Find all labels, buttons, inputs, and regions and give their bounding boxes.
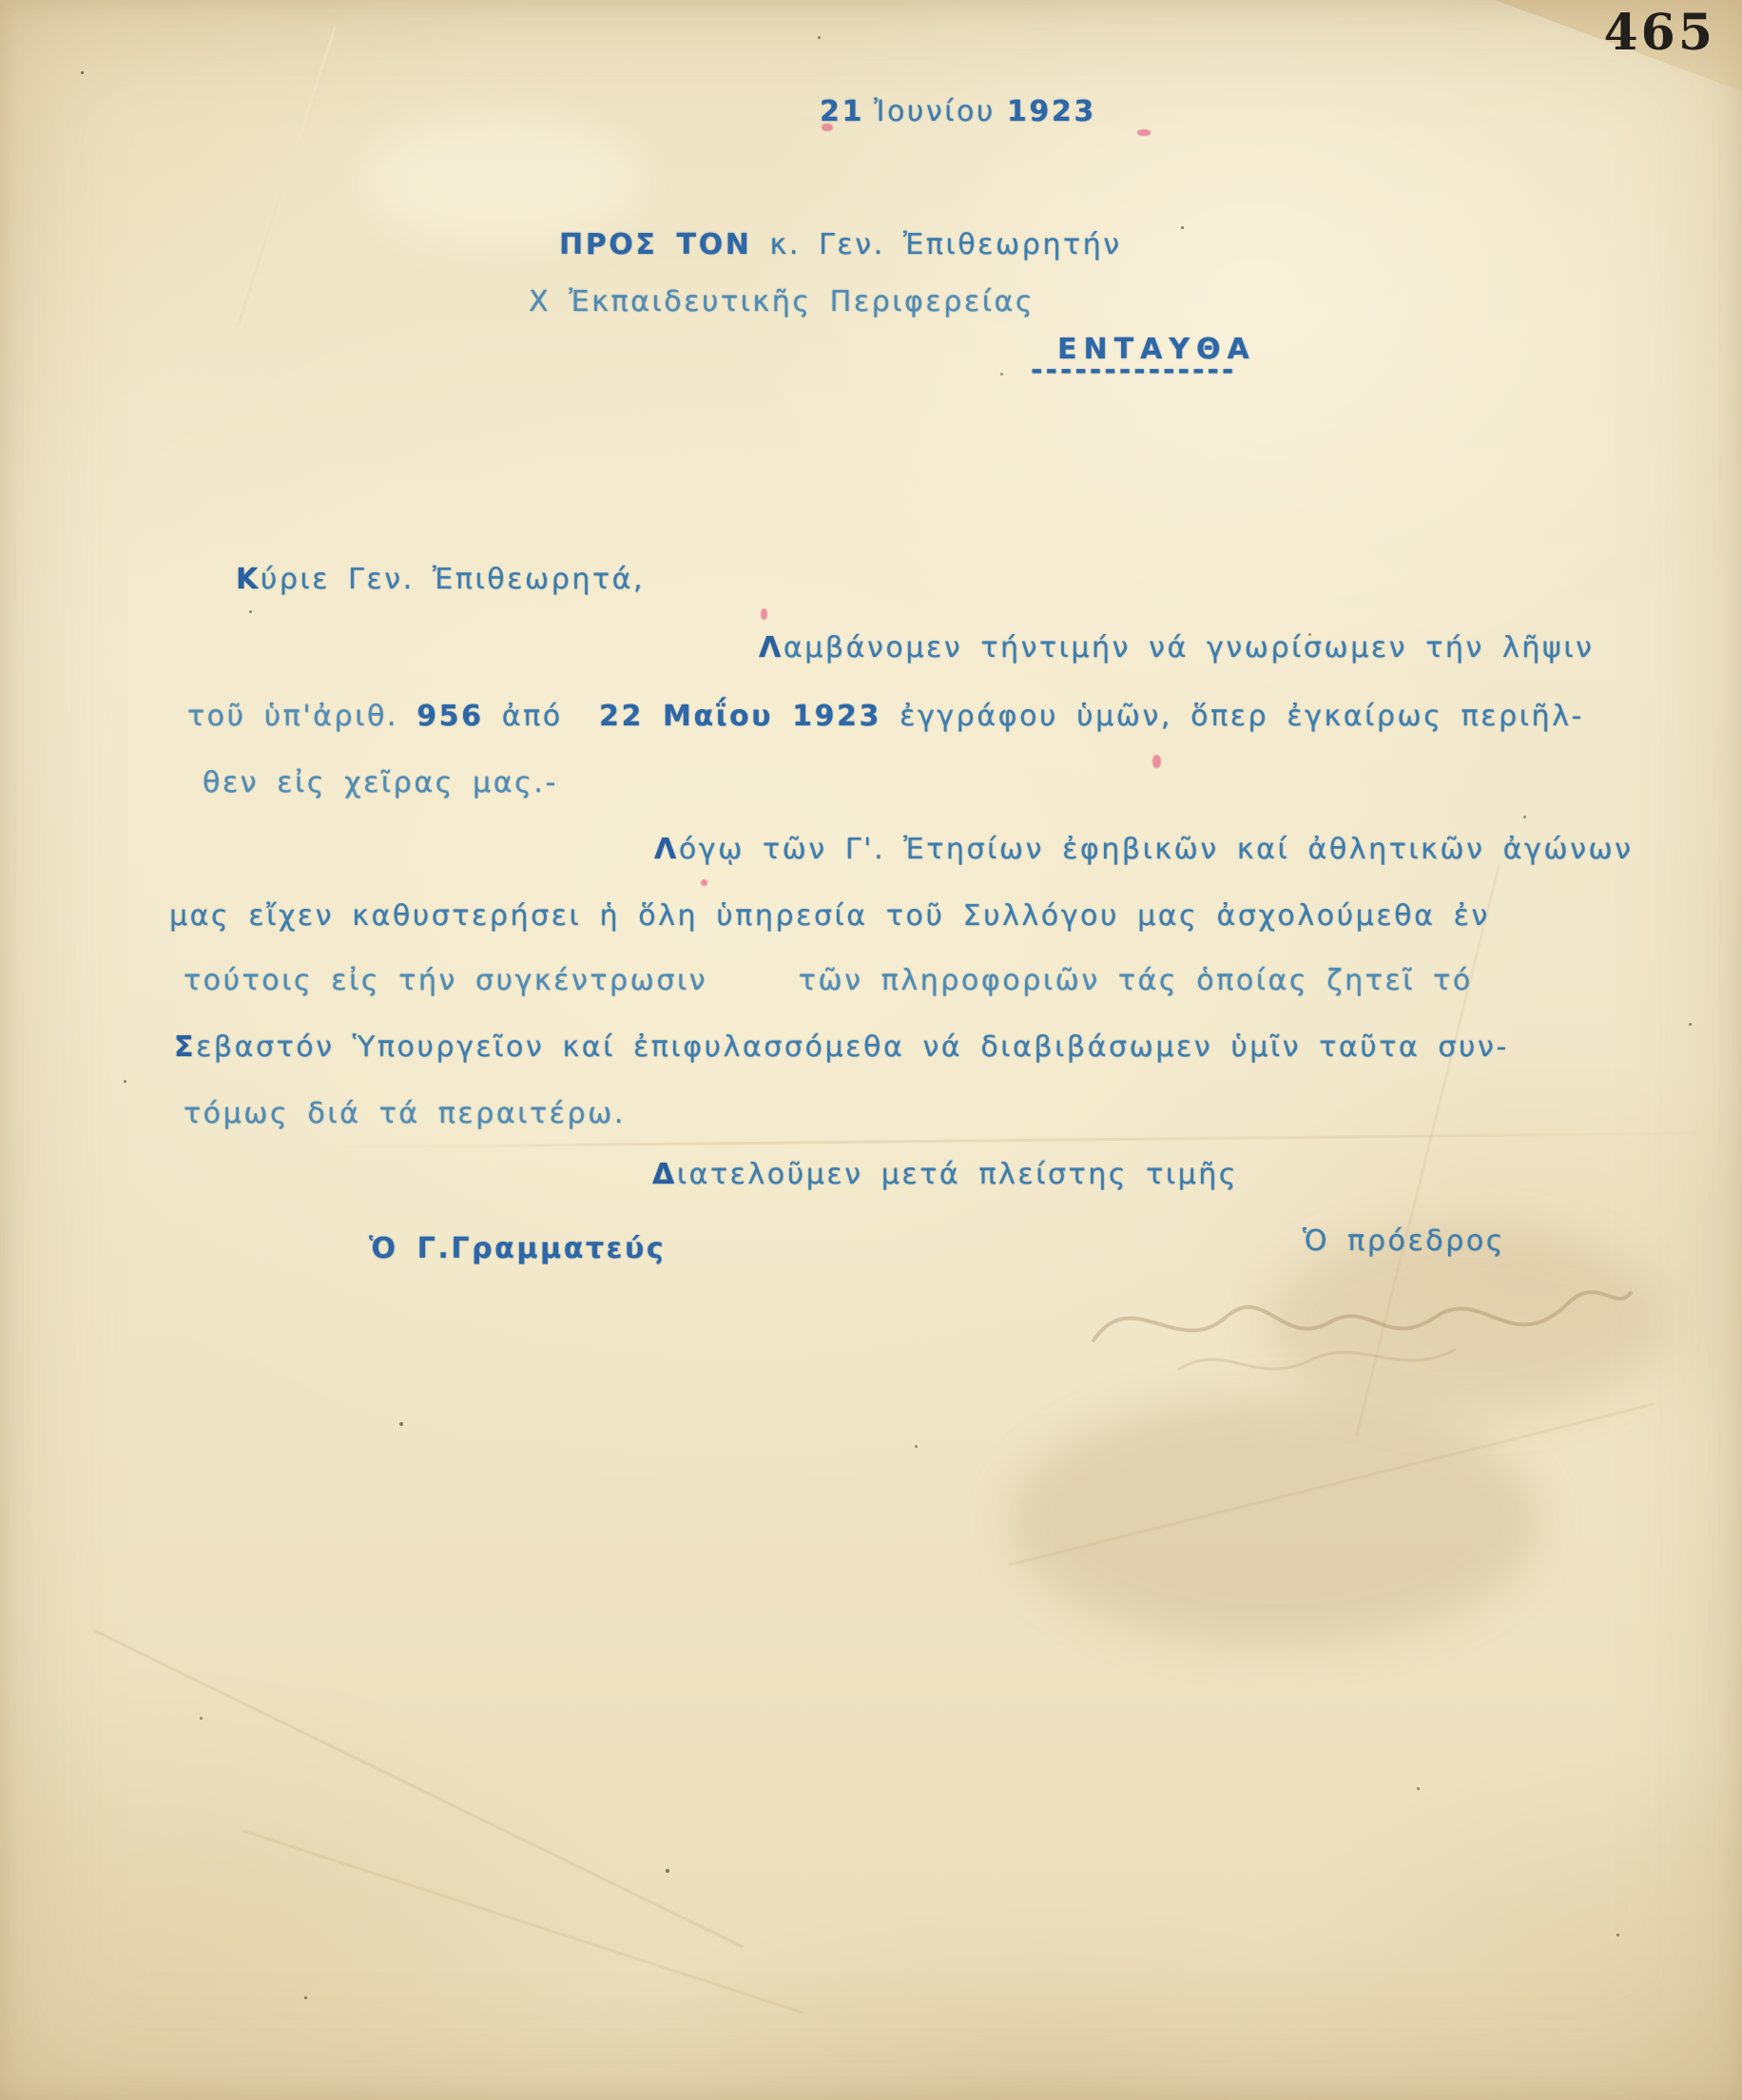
- date-year: 1923: [1007, 95, 1096, 128]
- paper-speck: [399, 1422, 403, 1426]
- scanned-letter-page: 465 21Ἰουνίου1923 ΠΡΟΣ ΤΟΝ κ. Γεν. Ἐπιθε…: [0, 0, 1742, 2100]
- body-segment: τοῦ ὑπ'ἀριθ.: [187, 700, 416, 733]
- paper-speck: [915, 1445, 918, 1448]
- stain: [361, 114, 647, 247]
- body-line: τόμως διά τά περαιτέρω.: [184, 1097, 626, 1130]
- red-ink-ghost: [701, 879, 707, 886]
- divider-dashes: --------------: [1031, 354, 1236, 387]
- red-ink-ghost: [1152, 755, 1161, 768]
- stain: [1008, 1397, 1540, 1645]
- red-ink-ghost: [1137, 129, 1151, 136]
- signature-scribble: [1036, 1226, 1645, 1416]
- body-line: τούτοις εἰς τήν συγκέντρωσιν τῶν πληροφο…: [184, 964, 1473, 997]
- paper-speck: [249, 610, 252, 613]
- body-line: τοῦ ὑπ'ἀριθ. 956 ἀπό 22 Μαΐου 1923 ἐγγρά…: [187, 700, 1584, 733]
- crease: [93, 1629, 744, 1949]
- letter-date: 21Ἰουνίου1923: [820, 95, 1096, 128]
- recipient-line-2: Χ Ἐκπαιδευτικῆς Περιφερείας: [529, 285, 1035, 318]
- recipient-name: κ. Γεν. Ἐπιθεωρητήν: [751, 228, 1121, 261]
- salutation: Κύριε Γεν. Ἐπιθεωρητά,: [236, 563, 645, 596]
- closing-line: Διατελοῦμεν μετά πλείστης τιμῆς: [652, 1158, 1238, 1191]
- paper-speck: [1000, 373, 1003, 376]
- paper-speck: [666, 1869, 669, 1873]
- body-line: Λόγῳ τῶν Γ'. Ἐτησίων ἐφηβικῶν καί ἀθλητι…: [654, 833, 1634, 866]
- reference-number: 956: [416, 700, 483, 733]
- body-line: μας εἴχεν καθυστερήσει ἡ ὅλη ὑπηρεσία το…: [169, 899, 1490, 933]
- paper-speck: [124, 1080, 126, 1083]
- recipient-prefix: ΠΡΟΣ ΤΟΝ: [559, 228, 751, 261]
- recipient-line-1: ΠΡΟΣ ΤΟΝ κ. Γεν. Ἐπιθεωρητήν: [559, 228, 1122, 261]
- paper-speck: [1181, 226, 1184, 229]
- body-line: θεν εἰς χεῖρας μας.-: [203, 766, 558, 800]
- crease: [237, 27, 337, 326]
- paper-speck: [1417, 1787, 1420, 1790]
- reference-date: 22 Μαΐου 1923: [599, 700, 881, 733]
- crease: [314, 1131, 1721, 1148]
- paper-speck: [304, 1996, 307, 1999]
- date-day: 21: [820, 95, 864, 128]
- paper-speck: [1616, 1934, 1619, 1936]
- paper-speck: [81, 71, 84, 74]
- paper-speck: [818, 36, 821, 39]
- secretary-title: Ὁ Γ.Γραμματεύς: [369, 1232, 666, 1265]
- body-segment: ἀπό: [484, 700, 599, 733]
- crease: [242, 1829, 804, 2013]
- red-ink-ghost: [761, 608, 767, 620]
- crease: [1008, 1402, 1655, 1566]
- body-line: Λαμβάνομεν τήντιμήν νά γνωρίσωμεν τήν λῆ…: [759, 631, 1594, 665]
- body-segment: ἐγγράφου ὑμῶν, ὅπερ ἐγκαίρως περιῆλ-: [881, 700, 1584, 733]
- paper-speck: [1523, 816, 1526, 819]
- date-month: Ἰουνίου: [874, 95, 996, 128]
- paper-speck: [1689, 1023, 1692, 1026]
- paper-speck: [200, 1717, 203, 1720]
- page-number: 465: [1603, 4, 1715, 62]
- body-line: Σεβαστόν Ὑπουργεῖον καί ἐπιφυλασσόμεθα ν…: [174, 1031, 1509, 1064]
